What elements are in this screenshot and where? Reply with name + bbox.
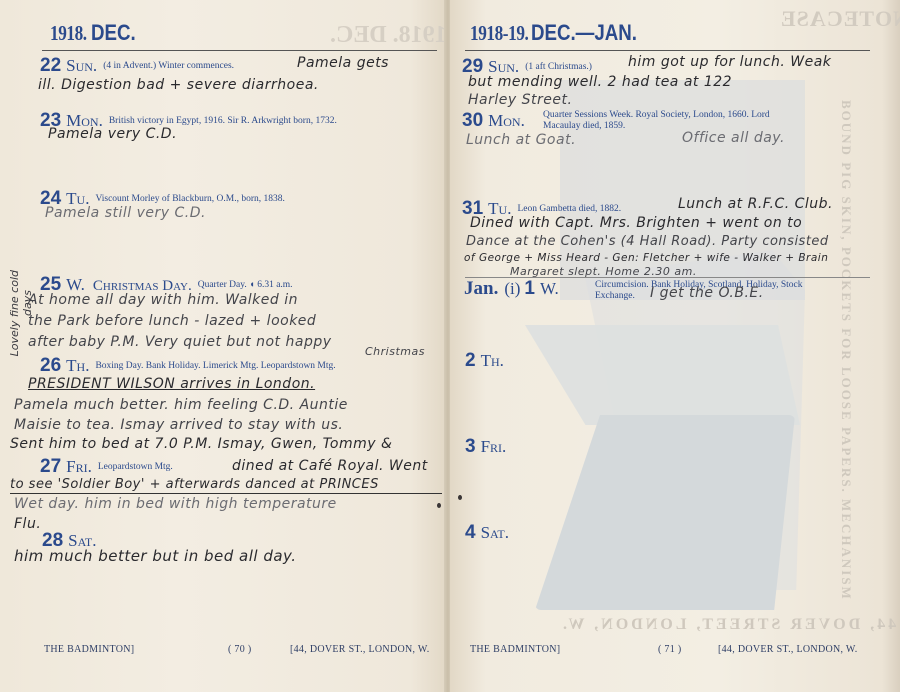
printed-note: British victory in Egypt, 1916. Sir R. A… [109,116,337,126]
weekday: Mon. [488,111,525,130]
handwriting-line: him got up for lunch. Weak [628,54,831,70]
diary-page-left: 1918. DEC. 1918. DEC. 22Sun.(4 in Advent… [0,0,446,692]
day-number: 1 [524,278,535,299]
entry-jan-2: 2Th. [465,350,504,372]
header-month: DEC. [91,20,136,46]
day-number: 3 [465,436,476,457]
entry-jan-4: 4Sat. [465,522,509,544]
footer-address: [44, DOVER ST., LONDON, W. [290,644,430,655]
show-through-footer: WEBSTER'S, 44, DOVER STREET, LONDON, W. [560,616,900,634]
printed-note: Quarter Sessions Week. Royal Society, Lo… [543,110,770,120]
day-number: 27 [40,456,61,477]
handwriting-line: Flu. [14,516,41,532]
page-number: ( 71 ) [658,644,681,655]
handwriting-line: Dance at the Cohen's (4 Hall Road). Part… [466,234,829,249]
weekday: Sun. [66,56,97,75]
handwriting-line: of George + Miss Heard - Gen: Fletcher +… [464,252,828,264]
weekday: W. [540,279,559,298]
handwriting-line: Maisie to tea. Ismay arrived to stay wit… [14,417,343,433]
entry-jan-1: Jan. (i) 1W. [464,278,559,300]
printed-note: Exchange. [595,291,635,301]
show-through-heading: THE "ALLIES" FIELD SERVICE NOTECASE [780,6,900,32]
handwriting-line: Pamela still very C.D. [45,205,206,221]
printed-note: (4 in Advent.) Winter commences. [103,61,234,71]
show-through-title: 1918. DEC. [330,22,446,49]
handwriting-line: but mending well. 2 had tea at 122 [468,74,732,90]
day-number: 2 [465,350,476,371]
handwriting-line: the Park before lunch - lazed + looked [28,313,316,329]
handwriting-line: Pamela gets [297,55,389,71]
weekday: Th. [66,356,89,375]
printed-note: (1 aft Christmas.) [525,62,592,72]
printed-note: Quarter Day. ◖ 6.31 a.m. [198,280,293,290]
show-through-vertical: BOUND PIG SKIN, POCKETS FOR LOOSE PAPERS… [838,100,854,601]
header-rule [465,50,870,51]
weekday: Fri. [66,457,92,476]
handwriting-line: Dined with Capt. Mrs. Brighten + went on… [470,215,802,231]
margin-note-line: Lovely fine cold [8,270,21,356]
printed-note: Boxing Day. Bank Holiday. Limerick Mtg. … [95,361,335,371]
footer-address: [44, DOVER ST., LONDON, W. [718,644,858,655]
weekday: Fri. [481,437,507,456]
handwriting-line: Office all day. [682,130,785,146]
handwriting-line: to see 'Soldier Boy' + afterwards danced… [10,477,379,492]
footer-publisher: THE BADMINTON] [470,644,560,655]
month-prefix: Jan. [464,278,498,299]
day-roman: (i) [504,279,520,298]
handwriting-line: At home all day with him. Walked in [28,292,298,308]
handwriting-line: Pamela much better. him feeling C.D. Aun… [14,397,348,413]
entry-jan-3: 3Fri. [465,436,506,458]
entry-dec-27: 27Fri.Leopardstown Mtg. [40,456,173,478]
handwriting-line: I get the O.B.E. [650,285,764,301]
header-month: DEC.—JAN. [531,20,637,46]
handwriting-line: Sent him to bed at 7.0 P.M. Ismay, Gwen,… [10,436,392,452]
handwriting-line: Christmas [365,345,425,358]
day-number: 22 [40,55,61,76]
weekday: Th. [481,351,504,370]
ink-spot [437,503,441,508]
day-number: 30 [462,110,483,131]
page-header-right: 1918-19. DEC.—JAN. [470,20,656,46]
handwriting-line: Wet day. him in bed with high temperatur… [14,496,337,512]
printed-note: Viscount Morley of Blackburn, O.M., born… [95,194,284,204]
ink-spot [458,495,462,500]
handwriting-line: Harley Street. [468,92,572,108]
page-number: ( 70 ) [228,644,251,655]
wallet-body [535,415,795,610]
printed-note: Leon Gambetta died, 1882. [517,204,621,214]
page-header-left: 1918. DEC. [50,20,143,46]
handwriting-line: Pamela very C.D. [48,126,177,142]
handwriting-line: him much better but in bed all day. [14,547,297,565]
handwriting-line: dined at Café Royal. Went [232,458,428,474]
weekday: Sat. [481,523,509,542]
header-year: 1918. [50,21,87,46]
day-number: 26 [40,355,61,376]
entry-dec-30: 30Mon. [462,110,525,132]
handwriting-line: Lunch at Goat. [466,132,576,148]
entry-dec-26: 26Th.Boxing Day. Bank Holiday. Limerick … [40,355,336,377]
handwriting-line: after baby P.M. Very quiet but not happy [28,334,332,350]
handwriting-line: ill. Digestion bad + severe diarrhoea. [38,77,319,93]
header-rule [42,50,437,51]
header-year: 1918-19. [470,21,528,46]
handwriting-line: PRESIDENT WILSON arrives in London. [28,376,315,392]
notecase-wallet-image [525,280,805,610]
day-number: 4 [465,522,476,543]
footer-publisher: THE BADMINTON] [44,644,134,655]
entry-dec-22: 22Sun.(4 in Advent.) Winter commences. [40,55,234,77]
printed-note: Macaulay died, 1859. [543,121,625,131]
printed-note: Leopardstown Mtg. [98,462,173,472]
handwriting-line: Lunch at R.F.C. Club. [678,196,833,212]
handwritten-underline [10,493,442,494]
wallet-flap [525,325,800,425]
